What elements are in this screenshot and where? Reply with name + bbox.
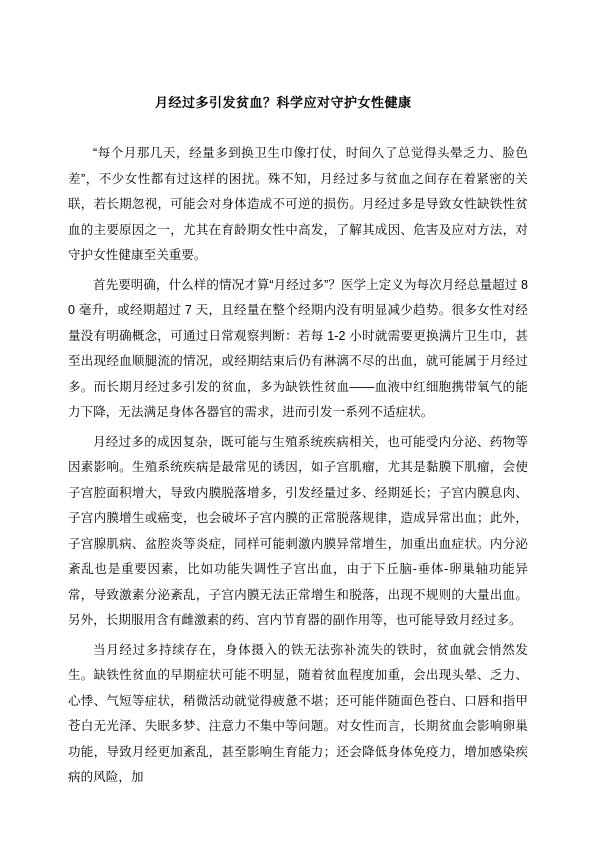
document-content: 月经过多引发贫血？科学应对守护女性健康 “每个月那几天，经量多到换卫生巾像打仗，… [68, 90, 528, 791]
paragraph-intro: “每个月那几天，经量多到换卫生巾像打仗，时间久了总觉得头晕乏力、脸色差”，不少女… [68, 141, 528, 269]
document-page: 月经过多引发贫血？科学应对守护女性健康 “每个月那几天，经量多到换卫生巾像打仗，… [0, 0, 595, 842]
document-title: 月经过多引发贫血？科学应对守护女性健康 [68, 90, 528, 116]
paragraph-definition: 首先要明确，什么样的情况才算“月经过多”？医学上定义为每次月经总量超过 80 毫… [68, 273, 528, 426]
paragraph-symptoms: 当月经过多持续存在，身体摄入的铁无法弥补流失的铁时，贫血就会悄然发生。缺铁性贫血… [68, 638, 528, 791]
paragraph-causes: 月经过多的成因复杂，既可能与生殖系统疾病相关，也可能受内分泌、药物等因素影响。生… [68, 430, 528, 634]
